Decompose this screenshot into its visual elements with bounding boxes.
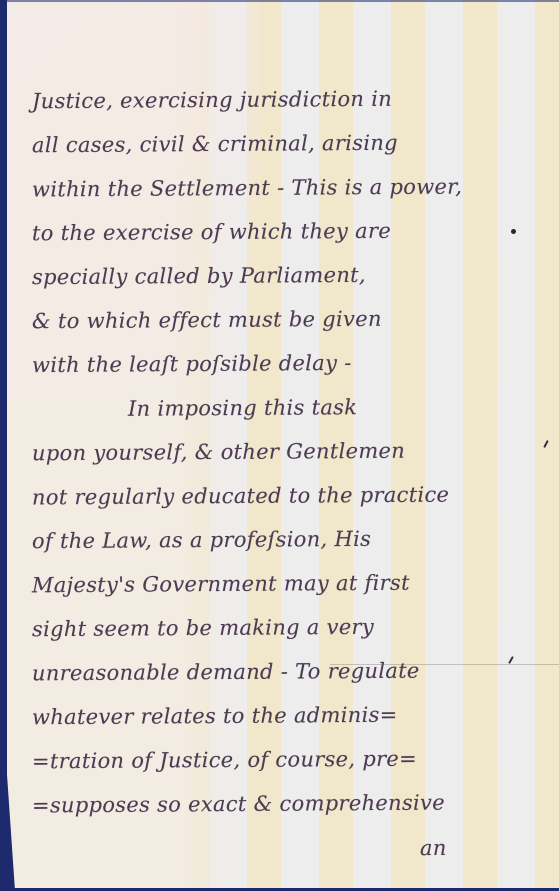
manuscript-line: unreasonable demand - To regulate	[32, 659, 420, 686]
manuscript-line: In imposing this task	[128, 395, 357, 421]
page-edge-left	[0, 0, 7, 891]
manuscript-line: within the Settlement - This is a power,	[32, 174, 462, 201]
manuscript-page: Justice, exercising jurisdiction inall c…	[0, 0, 559, 891]
manuscript-line: not regularly educated to the practice	[32, 483, 449, 510]
manuscript-line: with the leaſt poſsible delay -	[32, 351, 352, 377]
manuscript-line: all cases, civil & criminal, arising	[32, 131, 398, 158]
manuscript-text-block: Justice, exercising jurisdiction inall c…	[0, 0, 559, 891]
manuscript-line: & to which effect must be given	[32, 307, 382, 333]
manuscript-line: of the Law, as a profeſsion, His	[32, 527, 371, 553]
manuscript-line: to the exercise of which they are	[32, 219, 391, 246]
manuscript-line: whatever relates to the adminis=	[32, 703, 398, 730]
manuscript-line: Justice, exercising jurisdiction in	[32, 87, 392, 114]
manuscript-line: sight seem to be making a very	[32, 615, 374, 641]
manuscript-line: an	[420, 836, 447, 860]
manuscript-line: =supposes so exact & comprehensive	[32, 791, 445, 818]
manuscript-line: specially called by Parliament,	[32, 263, 366, 289]
page-edge-top	[0, 0, 559, 2]
manuscript-line: upon yourself, & other Gentlemen	[32, 439, 405, 466]
ink-speck	[511, 229, 516, 234]
manuscript-line: =tration of Justice, of course, pre=	[32, 747, 417, 774]
manuscript-line: Majesty's Government may at first	[32, 571, 410, 598]
